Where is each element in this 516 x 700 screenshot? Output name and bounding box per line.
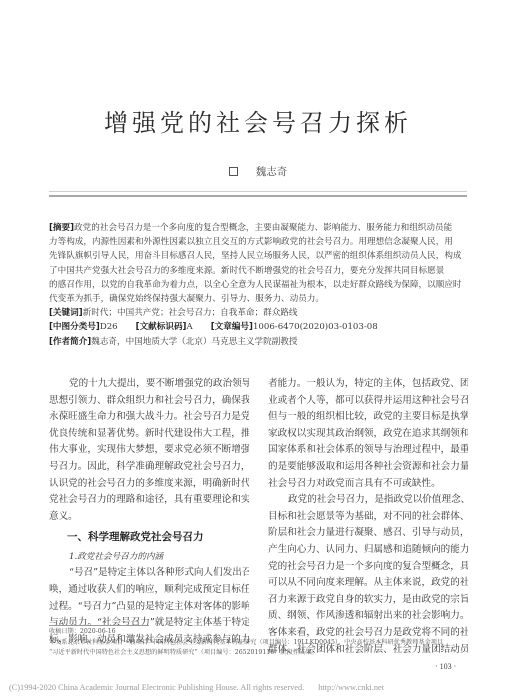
cnki-link[interactable]: http://www.cnki.net [318, 683, 384, 692]
body-line: 目标和社会愿景等为基础，对不同的社会群体、社会 [268, 509, 468, 526]
author-marker-icon [229, 167, 238, 176]
abstract-line: 了中国共产党强大社会号召力的多维度来源。新时代不断增强党的社会号召力，要充分发挥… [49, 264, 469, 278]
body-column-right: 者能力。一般认为，特定的主体，包括政党、团体、企 业或者个人等，都可以获得并运用… [268, 376, 468, 658]
body-line: 但与一般的组织相比较，政党的主要目标是执掌国 [268, 409, 468, 426]
received-date: 收稿日期：2020-06-16 [49, 627, 469, 638]
header-rule-thick [49, 195, 467, 197]
section-heading: 一、科学理解政党社会号召力 [49, 525, 249, 547]
abstract-line: [摘要]政党的社会号召力是一个多向度的复合型概念，主要由凝聚能力、影响能力、服务… [49, 221, 469, 235]
abstract-line: 代变革为抓手，确保党始终保持强大凝聚力、引导力、服务力、动员力。 [49, 292, 469, 306]
footnotes: 收稿日期：2020-06-16 本文系北京市社科基金项目一般项目“中国特色社会主… [49, 627, 469, 659]
body-column-left: 党的十九大提出，要不断增强党的政治领导力、 思想引领力、群众组织力和社会号召力，… [49, 376, 249, 648]
body-line: 的是要能够汲取和运用各种社会资源和社会力量， [268, 459, 468, 476]
body-line: 认识党的社会号召力的多维度来源，明确新时代增强 [49, 476, 249, 493]
body-line: 优良传统和显著优势。新时代建设伟大工程，推进 [49, 426, 249, 443]
body-line: 社会号召力对政党而言具有不可或缺性。 [268, 476, 468, 493]
doc-code-value: A [186, 322, 192, 332]
author-bio-row: [作者简介]魏志奇，中国地质大学（北京）马克思主义学院副教授 [49, 335, 469, 349]
abstract-line: 先锋队旗帜引导人民，用奋斗目标感召人民，坚持人民立场服务人民，以严密的组织体系组… [49, 249, 469, 263]
body-line: 阶层和社会力量进行凝聚、感召、引导与动员，使之 [268, 525, 468, 542]
abstract-section: [摘要]政党的社会号召力是一个多向度的复合型概念，主要由凝聚能力、影响能力、服务… [49, 221, 469, 349]
keywords-row: [关键词]新时代；中国共产党；社会号召力；自我革命；群众路线 [49, 306, 469, 320]
copyright-text: (C)1994-2020 China Academic Journal Elec… [9, 683, 304, 692]
body-line: 党社会号召力的理路和途径，具有重要理论和实践 [49, 492, 249, 509]
author-bio-label: [作者简介] [49, 337, 91, 347]
footnote-rule [49, 625, 149, 626]
body-line: “号召”是特定主体以各种形式向人们发出召 [49, 565, 249, 582]
header-rule-thin [49, 191, 467, 192]
keywords-label: [关键词] [49, 308, 83, 318]
classification-row: [中图分类号]D26[文献标识码]A[文章编号]1006-6470(2020)0… [49, 320, 469, 334]
body-line: 业或者个人等，都可以获得并运用这种社会号召力。 [268, 393, 468, 410]
body-line: 可以从不同向度来理解。从主体来说，政党的社会号 [268, 575, 468, 592]
doc-code-label: [文献标识码] [136, 322, 187, 332]
page-number: · 103 · [435, 662, 456, 671]
body-line: 者能力。一般认为，特定的主体，包括政党、团体、企 [268, 376, 468, 393]
article-no-value: 1006-6470(2020)03-0103-08 [253, 322, 378, 332]
abstract-line: 的感召作用，以党的自我革命为着力点，以全心全意为人民谋福祉为根本，以走好群众路线… [49, 278, 469, 292]
body-line: 政党的社会号召力，是指政党以价值理念、政治 [268, 492, 468, 509]
funding-line: 本文系北京市社科基金项目一般项目“中国特色社会主义新时代基本特征研究（项目编号：… [49, 638, 469, 649]
body-line: 思想引领力、群众组织力和社会号召力，确保我们党 [49, 393, 249, 410]
author-line: 魏志奇 [0, 164, 516, 179]
body-line: 党的社会号召力是一个多向度的复合型概念，具体 [268, 559, 468, 576]
author-bio-value: 魏志奇，中国地质大学（北京）马克思主义学院副教授 [91, 337, 297, 347]
body-line: 意义。 [49, 509, 249, 526]
body-line: 唤，通过收获人们的响应，顺利完成预定目标任务的 [49, 582, 249, 599]
body-line: 永葆旺盛生命力和强大战斗力。社会号召力是党的 [49, 409, 249, 426]
body-line: 召力来源于政党自身的软实力，是由政党的宗旨、性 [268, 592, 468, 609]
body-line: 过程。“号召力”凸显的是特定主体对客体的影响力 [49, 599, 249, 616]
body-line: 家政权以实现其政治纲领，政党在追求其纲领和对 [268, 426, 468, 443]
article-title: 增强党的社会号召力探析 [0, 103, 516, 138]
clc-value: D26 [100, 322, 118, 332]
copyright-footer: (C)1994-2020 China Academic Journal Elec… [9, 683, 384, 692]
body-line: 党的十九大提出，要不断增强党的政治领导力、 [49, 376, 249, 393]
abstract-label: [摘要] [49, 223, 74, 233]
body-line: 质、纲领、作风渗透和辐射出来的社会影响力。①从 [268, 608, 468, 625]
clc-label: [中图分类号] [49, 322, 100, 332]
article-no-label: [文章编号] [211, 322, 253, 332]
abstract-line: 力等构成，内源性因素和外源性因素以独立且交互的方式影响政党的社会号召力。用理想信… [49, 235, 469, 249]
body-line: 伟大事业，实现伟大梦想，要求党必须不断增强社会 [49, 442, 249, 459]
author-name: 魏志奇 [256, 166, 288, 178]
body-line: 号召力。因此，科学准确理解政党社会号召力，深刻 [49, 459, 249, 476]
body-line: 国家体系和社会体系的领导与治理过程中，最重要 [268, 442, 468, 459]
sub-heading: 1.政党社会号召力的内涵 [49, 547, 249, 565]
body-line: 产生向心力、认同力、归属感和追随倾向的能力。政 [268, 542, 468, 559]
funding-line: “习近平新时代中国特色社会主义思想的鲜明特质研究”（项目编号：265201911… [49, 648, 469, 659]
keywords-value: 新时代；中国共产党；社会号召力；自我革命；群众路线 [83, 308, 298, 318]
